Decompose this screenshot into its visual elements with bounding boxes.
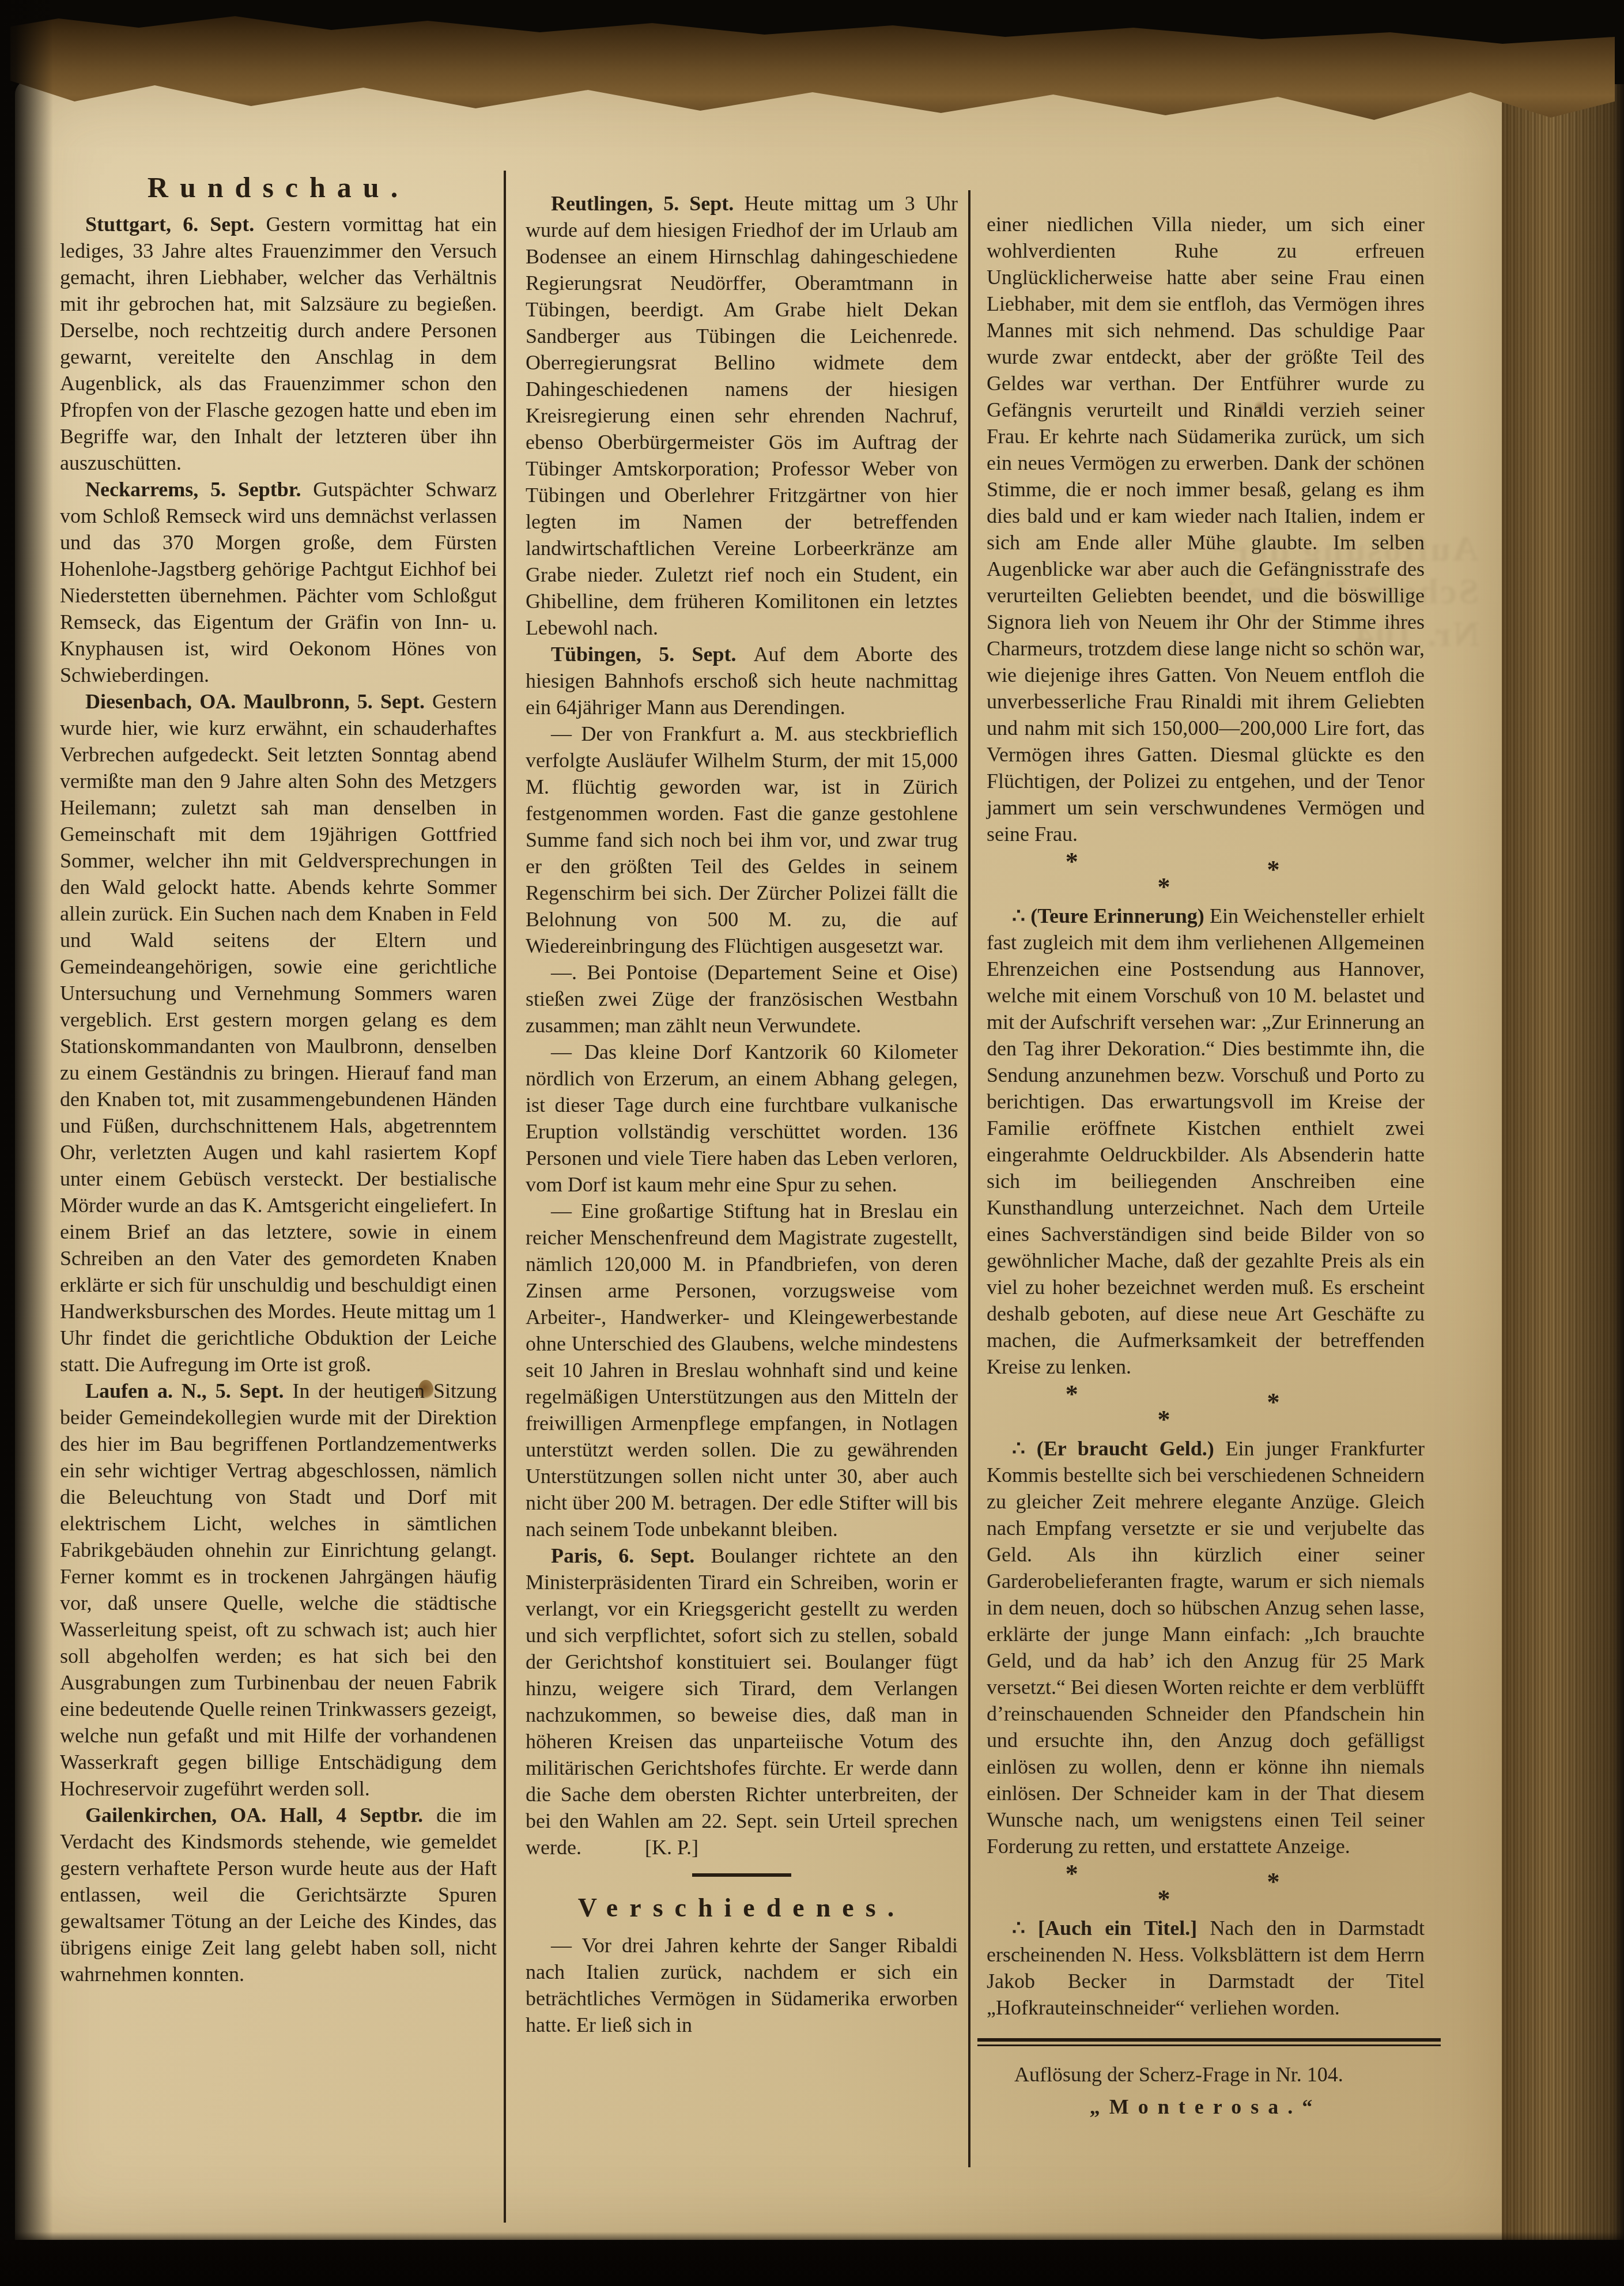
article-kantzorik: — Das kleine Dorf Kantzorik 60 Kilometer… bbox=[526, 1039, 958, 1198]
item-title: ∴ [Auch ein Titel.] bbox=[1012, 1917, 1210, 1940]
column-1: Rundschau. Stuttgart, 6. Sept. Gestern v… bbox=[60, 171, 497, 1987]
dateline: Gailenkirchen, OA. Hall, 4 Septbr. bbox=[85, 1804, 436, 1827]
star-glyph: * bbox=[1066, 1861, 1078, 1887]
section-title-rundschau: Rundschau. bbox=[60, 171, 497, 204]
article-text: — Der von Frankfurt a. M. aus steckbrief… bbox=[526, 722, 958, 957]
column-divider bbox=[504, 171, 506, 2223]
article-laufen: Laufen a. N., 5. Sept. In der heutigen S… bbox=[60, 1378, 497, 1802]
dateline: Tübingen, 5. Sept. bbox=[551, 643, 754, 666]
article-tuebingen: Tübingen, 5. Sept. Auf dem Aborte des hi… bbox=[526, 641, 958, 720]
article-pontoise: —. Bei Pontoise (Departement Seine et Oi… bbox=[526, 959, 958, 1039]
column-2: Reutlingen, 5. Sept. Heute mittag um 3 U… bbox=[526, 190, 958, 2038]
star-glyph: * bbox=[1267, 857, 1279, 883]
star-glyph: * bbox=[1267, 1389, 1279, 1416]
star-glyph: * bbox=[1157, 874, 1170, 900]
article-text: — Eine großartige Stiftung hat in Bresla… bbox=[526, 1199, 958, 1541]
scan-background bbox=[0, 2232, 1624, 2286]
book-fore-edge bbox=[1502, 84, 1624, 2240]
dateline: Paris, 6. Sept. bbox=[551, 1544, 711, 1567]
column-divider bbox=[968, 190, 970, 2167]
item-title: ∴ (Teure Erinnerung) bbox=[1012, 904, 1210, 927]
article-text: die im Verdacht des Kindsmords stehende,… bbox=[60, 1804, 497, 1986]
article-text: Gestern vormittag hat ein lediges, 33 Ja… bbox=[60, 213, 497, 474]
article-text: —. Bei Pontoise (Departement Seine et Oi… bbox=[526, 961, 958, 1037]
article-text: Heute mittag um 3 Uhr wurde auf dem hies… bbox=[526, 192, 958, 639]
article-breslau-stiftung: — Eine großartige Stiftung hat in Bresla… bbox=[526, 1198, 958, 1542]
star-separator: * * * bbox=[987, 1380, 1425, 1435]
article-text: Ein Weichensteller erhielt fast zugleich… bbox=[987, 904, 1425, 1378]
newspaper-scan: Auflösung der Scherz-Frage in Nr. 104. „… bbox=[0, 0, 1624, 2286]
article-text: Boulanger richtete an den Ministerpräsid… bbox=[526, 1544, 958, 1859]
binding-shadow bbox=[0, 0, 53, 2286]
article-ribaldi-continuation: einer niedlichen Villa nieder, um sich e… bbox=[987, 211, 1425, 847]
article-sturm-arrest: — Der von Frankfurt a. M. aus steckbrief… bbox=[526, 720, 958, 959]
star-glyph: * bbox=[1157, 1406, 1170, 1433]
star-separator: * * * bbox=[987, 847, 1425, 903]
article-text: Ein junger Frankfurter Kommis bestellte … bbox=[987, 1437, 1425, 1858]
dateline: Neckarrems, 5. Septbr. bbox=[85, 478, 313, 501]
section-title-verschiedenes: Verschiedenes. bbox=[526, 1892, 958, 1924]
article-diesenbach: Diesenbach, OA. Maulbronn, 5. Sept. Gest… bbox=[60, 688, 497, 1378]
star-glyph: * bbox=[1157, 1886, 1170, 1912]
article-neckarrems: Neckarrems, 5. Septbr. Gutspächter Schwa… bbox=[60, 476, 497, 688]
star-glyph: * bbox=[1066, 1381, 1078, 1408]
dateline: Stuttgart, 6. Sept. bbox=[85, 213, 266, 236]
item-teure-erinnerung: ∴ (Teure Erinnerung) Ein Weichensteller … bbox=[987, 903, 1425, 1380]
item-title: ∴ (Er braucht Geld.) bbox=[1012, 1437, 1225, 1460]
article-text: Gestern wurde hier, wie kurz erwähnt, ei… bbox=[60, 690, 497, 1376]
article-paris-boulanger: Paris, 6. Sept. Boulanger richtete an de… bbox=[526, 1542, 958, 1861]
dateline: Diesenbach, OA. Maulbronn, 5. Sept. bbox=[85, 690, 432, 713]
article-text: — Vor drei Jahren kehrte der Sanger Riba… bbox=[526, 1934, 958, 2036]
source-attribution: [K. P.] bbox=[581, 1836, 698, 1859]
article-ribaldi: — Vor drei Jahren kehrte der Sanger Riba… bbox=[526, 1932, 958, 2038]
star-glyph: * bbox=[1267, 1869, 1279, 1895]
star-glyph: * bbox=[1066, 848, 1078, 875]
article-text: In der heutigen Sitzung beider Gemeindek… bbox=[60, 1379, 497, 1800]
article-gailenkirchen: Gailenkirchen, OA. Hall, 4 Septbr. die i… bbox=[60, 1802, 497, 1987]
item-auch-ein-titel: ∴ [Auch ein Titel.] Nach den in Darmstad… bbox=[987, 1915, 1425, 2021]
section-rule bbox=[692, 1873, 791, 1877]
dateline: Reutlingen, 5. Sept. bbox=[551, 192, 744, 215]
article-text: — Das kleine Dorf Kantzorik 60 Kilometer… bbox=[526, 1040, 958, 1196]
column-3: einer niedlichen Villa nieder, um sich e… bbox=[987, 211, 1425, 2120]
puzzle-solution-answer: „Monterosa.“ bbox=[987, 2093, 1425, 2120]
star-separator: * * * bbox=[987, 1859, 1425, 1915]
puzzle-solution-line: Auflösung der Scherz-Frage in Nr. 104. bbox=[987, 2061, 1425, 2088]
item-er-braucht-geld: ∴ (Er braucht Geld.) Ein junger Frankfur… bbox=[987, 1435, 1425, 1859]
dateline: Laufen a. N., 5. Sept. bbox=[85, 1379, 292, 1402]
article-reutlingen: Reutlingen, 5. Sept. Heute mittag um 3 U… bbox=[526, 190, 958, 641]
article-stuttgart: Stuttgart, 6. Sept. Gestern vormittag ha… bbox=[60, 211, 497, 476]
double-rule bbox=[977, 2038, 1441, 2046]
article-text: Gutspächter Schwarz vom Schloß Remseck w… bbox=[60, 478, 497, 686]
